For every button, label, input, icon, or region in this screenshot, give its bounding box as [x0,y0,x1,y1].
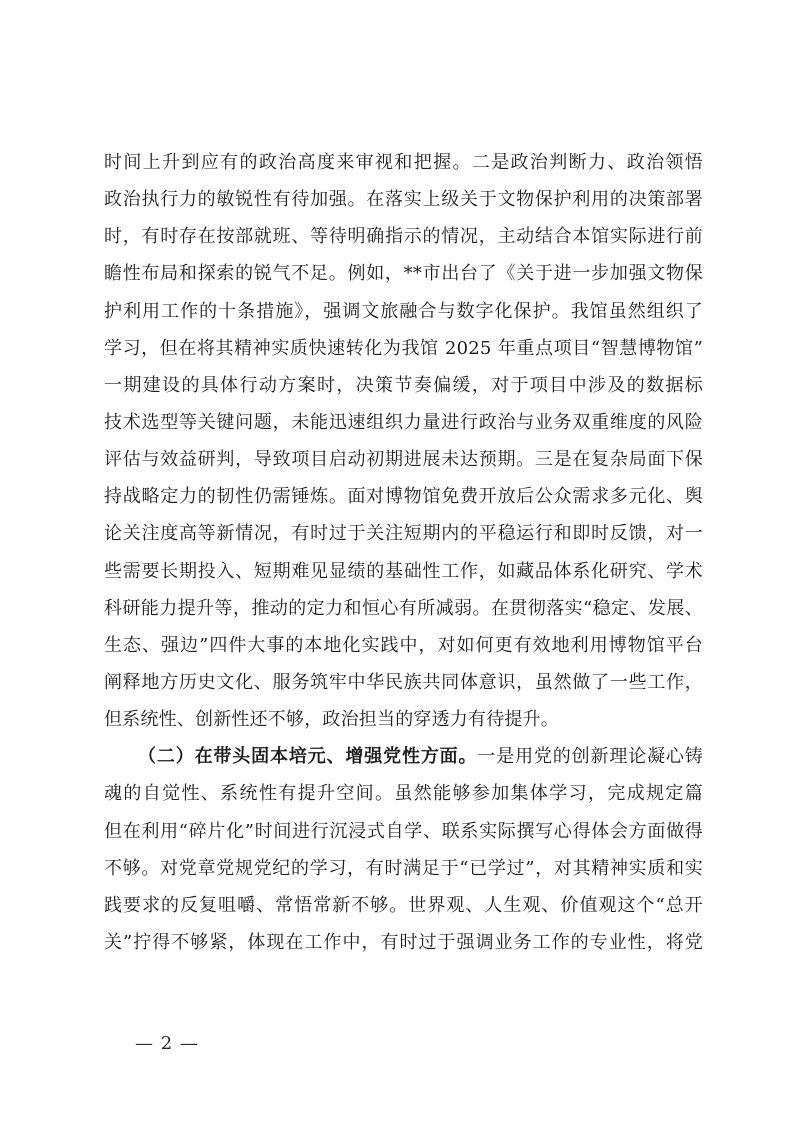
text-line: 评估与效益研判，导致项目启动初期进展未达预期。三是在复杂局面下保 [104,441,703,478]
text-line: 护利用工作的十条措施》，强调文旅融合与数字化保护。我馆虽然组织了 [104,293,703,330]
text-line: 生态、强边”四件大事的本地化实践中，对如何更有效地利用博物馆平台 [104,627,703,664]
document-body: 时间上升到应有的政治高度来审视和把握。二是政治判断力、政治领悟力、政治执行力的敏… [104,144,703,961]
text-line: 但在利用“碎片化”时间进行沉浸式自学、联系实际撰写心得体会方面做得 [104,813,703,850]
text-line: 时间上升到应有的政治高度来审视和把握。二是政治判断力、政治领悟力、 [104,144,703,181]
text-line: 技术选型等关键问题，未能迅速组织力量进行政治与业务双重维度的风险 [104,404,703,441]
text-line: 关”拧得不够紧，体现在工作中，有时过于强调业务工作的专业性，将党 [104,924,703,961]
paragraph-2: 魂的自觉性、系统性有提升空间。虽然能够参加集体学习，完成规定篇目，但在利用“碎片… [104,775,703,961]
text-line: 持战略定力的韧性仍需锤炼。面对博物馆免费开放后公众需求多元化、舆 [104,478,703,515]
text-line: 阐释地方历史文化、服务筑牢中华民族共同体意识，虽然做了一些工作， [104,664,703,701]
text-line: 一期建设的具体行动方案时，决策节奏偏缓，对于项目中涉及的数据标准、 [104,367,703,404]
text-line: 政治执行力的敏锐性有待加强。在落实上级关于文物保护利用的决策部署 [104,181,703,218]
text-line: 践要求的反复咀嚼、常悟常新不够。世界观、人生观、价值观这个“总开 [104,887,703,924]
section-lead-text: 一是用党的创新理论凝心铸 [477,746,703,767]
page-number: — 2 — [135,1034,199,1054]
text-line: 但系统性、创新性还不够，政治担当的穿透力有待提升。 [104,701,703,738]
text-line: 学习，但在将其精神实质快速转化为我馆 2025 年重点项目“智慧博物馆” [104,330,703,367]
text-line: 时，有时存在按部就班、等待明确指示的情况，主动结合本馆实际进行前 [104,218,703,255]
text-line: 论关注度高等新情况，有时过于关注短期内的平稳运行和即时反馈，对一 [104,515,703,552]
text-line: 不够。对党章党规党纪的学习，有时满足于“已学过”，对其精神实质和实 [104,850,703,887]
text-line: 科研能力提升等，推动的定力和恒心有所减弱。在贯彻落实“稳定、发展、 [104,590,703,627]
paragraph-2-first-line: （二）在带头固本培元、增强党性方面。一是用党的创新理论凝心铸 [104,738,703,775]
document-page: 时间上升到应有的政治高度来审视和把握。二是政治判断力、政治领悟力、政治执行力的敏… [0,0,793,1122]
section-heading: （二）在带头固本培元、增强党性方面。 [138,746,477,767]
text-line: 瞻性布局和探索的锐气不足。例如，**市出台了《关于进一步加强文物保 [104,255,703,292]
text-line: 魂的自觉性、系统性有提升空间。虽然能够参加集体学习，完成规定篇目， [104,775,703,812]
text-line: 些需要长期投入、短期难见显绩的基础性工作，如藏品体系化研究、学术 [104,553,703,590]
paragraph-1: 时间上升到应有的政治高度来审视和把握。二是政治判断力、政治领悟力、政治执行力的敏… [104,144,703,738]
